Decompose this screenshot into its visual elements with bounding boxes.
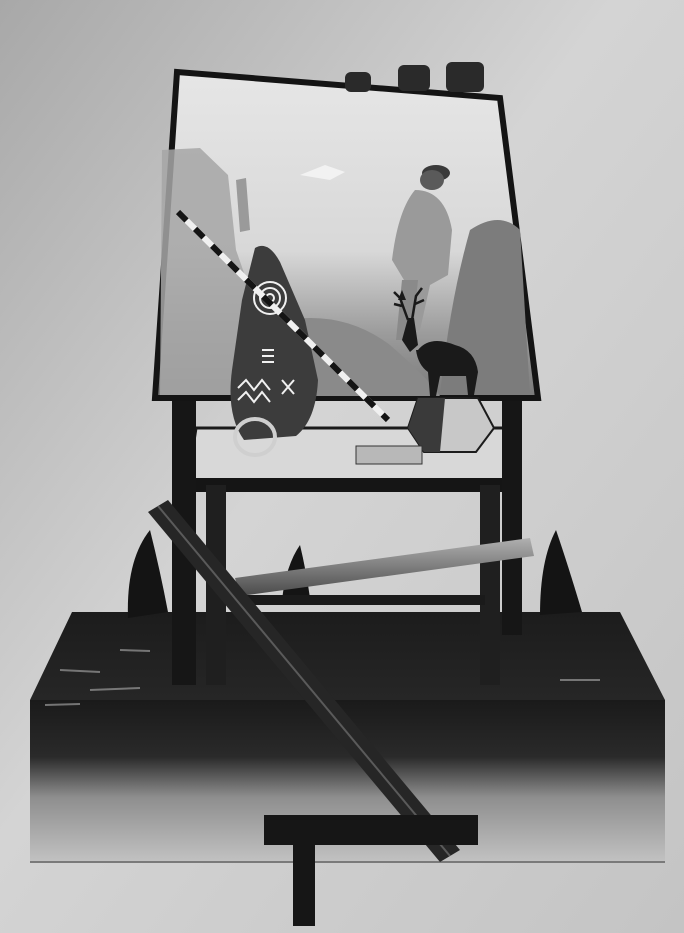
- sculpture-photo: [0, 0, 684, 933]
- wood-block: [356, 446, 422, 464]
- tilted-photo-panel: [155, 62, 538, 398]
